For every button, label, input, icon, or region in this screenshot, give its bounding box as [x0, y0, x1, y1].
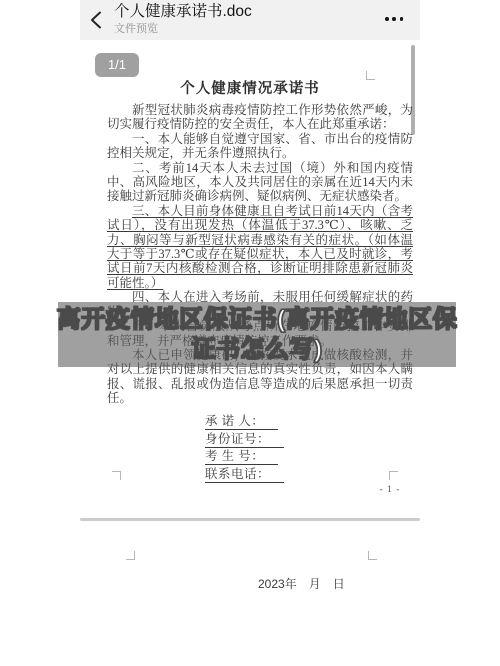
signature-label: 身份证号： [205, 432, 284, 448]
doc-line: 任。 [107, 391, 413, 405]
doc-line: 试日前7天内核酸检测合格，诊断证明排除患新冠肺炎 [107, 261, 413, 275]
signature-label: 考 生 号： [205, 449, 278, 465]
doc-line: 新型冠状肺炎病毒疫情防控工作形势依然严峻，为 [107, 103, 413, 117]
file-title: 个人健康承诺书.doc [114, 2, 364, 22]
back-icon[interactable] [90, 11, 102, 29]
text-boundary-mark [112, 471, 121, 480]
text-boundary-mark [366, 71, 375, 80]
signature-label: 承 诺 人： [205, 414, 278, 430]
more-options-icon[interactable] [385, 17, 407, 25]
doc-line: 可能性。） [107, 276, 413, 290]
doc-line: 报、谎报、乱报或伪造信息等造成的后果愿承担一切责 [107, 377, 413, 391]
signature-row: 联系电话： [205, 467, 413, 485]
signature-row: 考 生 号： [205, 449, 413, 467]
signature-label: 联系电话： [205, 467, 284, 483]
document-title: 个人健康情况承诺书 [80, 77, 420, 98]
doc-line: 一、本人能够自觉遵守国家、省、市出台的疫情防 [107, 132, 413, 146]
signature-row: 承 诺 人： [205, 414, 413, 432]
doc-line: 试日），没有出现发热（体温低于37.3℃）、咳嗽、乏 [107, 218, 413, 232]
headline-line-1: 离开疫情地区保证书(离开疫情地区保 [57, 305, 458, 335]
text-boundary-mark [368, 551, 377, 560]
doc-line: 控相关规定，并无条件遵照执行。 [107, 146, 413, 160]
page-count-badge: 1/1 [95, 53, 139, 77]
headline-watermark-banner: 离开疫情地区保证书(离开疫情地区保 证书怎么写) [58, 302, 456, 367]
top-bar: 个人健康承诺书.doc 文件预览 [80, 0, 420, 40]
headline-line-2: 证书怎么写) [192, 335, 323, 365]
doc-line: 中、高风险地区，本人及共同居住的亲属在近14天内未 [107, 175, 413, 189]
signature-block: 承 诺 人： 身份证号： 考 生 号： 联系电话： [107, 409, 413, 484]
signature-row: 身份证号： [205, 432, 413, 450]
doc-line: 二、考前14天本人未去过国（境）外和国内疫情 [107, 161, 413, 175]
date-line: 2023年 月 日 [258, 575, 345, 592]
text-boundary-mark [389, 471, 398, 480]
file-preview-label: 文件预览 [114, 23, 158, 36]
page-number: - 1 - [368, 485, 412, 495]
doc-line: 三、本人目前身体健康且自考试日前14天内（含考 [107, 204, 413, 218]
file-preview-screen: 个人健康承诺书.doc 文件预览 1/1 个人健康情况承诺书 新型冠状肺炎病毒疫… [0, 0, 500, 666]
page-divider [80, 518, 420, 521]
doc-line: 切实履行疫情防控的安全责任，本人在此郑重承诺： [107, 117, 413, 131]
doc-line: 力、胸闷等与新型冠状病毒感染有关的症状。（如体温 [107, 233, 413, 247]
doc-line: 大于等于37.3℃或存在疑似症状，本人已及时就诊，考 [107, 247, 413, 261]
doc-line: 接触过新冠肺炎确诊病例、疑似病例、无症状感染者。 [107, 189, 413, 203]
text-boundary-mark [126, 551, 135, 560]
